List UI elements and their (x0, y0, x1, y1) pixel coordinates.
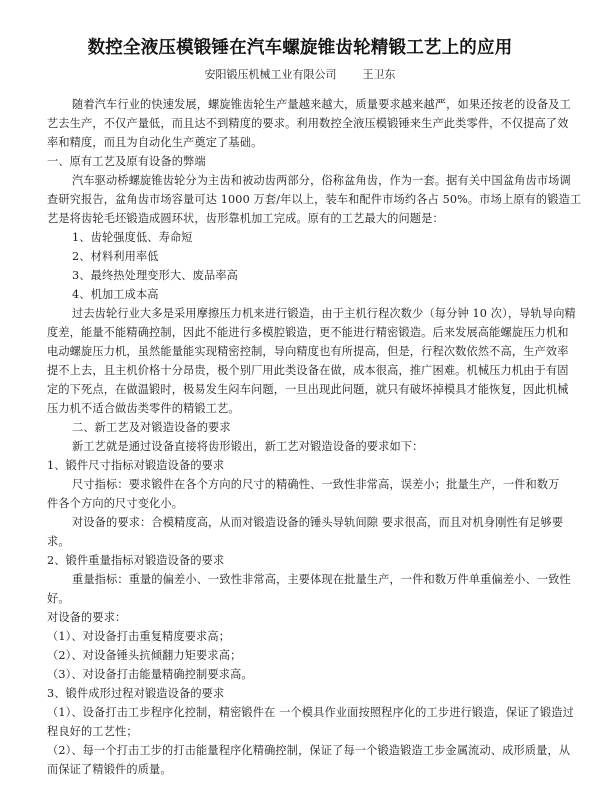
document-title: 数控全液压模锻锤在汽车螺旋锥齿轮精锻工艺上的应用 (0, 34, 600, 59)
paragraph-line: 尺寸指标：要求锻件在各个方向的尺寸的精确性、一致性非常高，误差小；批量生产，一件… (72, 478, 548, 492)
paragraph-line: 随着汽车行业的快速发展，螺旋锥齿轮生产量越来越大，质量要求越来越严，如果还按老的… (72, 98, 548, 112)
paragraph-line: 度差，能量不能精确控制，因此不能进行多模腔锻造，更不能进行精密锻造。后来发展高能… (47, 326, 548, 340)
paragraph-line: 艺去生产，不仅产量低，而且达不到精度的要求。利用数控全液压模锻锤来生产此类零件，… (47, 117, 548, 131)
paragraph-line: 提不上去，且主机价格十分昂贵，极个别厂用此类设备在做，成本很高，推广困难。机械压… (47, 364, 548, 378)
list-item: 3、最终热处理变形大、废品率高 (72, 269, 238, 283)
paragraph-line: 艺是将齿轮毛坯锻造成圆环状，齿形靠机加工完成。原有的工艺最大的问题是： (47, 212, 444, 226)
paragraph-line: 汽车驱动桥螺旋锥齿轮分为主齿和被动齿两部分，俗称盆角齿，作为一套。据有关中国盆角… (72, 174, 548, 188)
paragraph-line: 查研究报告，盆角齿市场容量可达 1000 万套/年以上，装车和配件市场约各占 5… (47, 193, 548, 207)
paragraph-line: 件各个方向的尺寸变化小。 (47, 497, 183, 511)
list-item: 1、齿轮强度低、寿命短 (72, 231, 193, 245)
paragraph-line: 对设备的要求： (47, 611, 126, 625)
paragraph-line: 电动螺旋压力机，虽然能量能实现精密控制，导向精度也有所提高，但是，行程次数依然不… (47, 345, 548, 359)
paragraph-line: 率和精度，而且为自动化生产奠定了基础。 (47, 136, 262, 150)
list-item: 4、机加工成本高 (72, 288, 159, 302)
paragraph-line: 定的下死点，在做温锻时，极易发生闷车问题，一旦出现此问题，就只有破坏掉模具才能恢… (47, 383, 548, 397)
paragraph-line: 求。 (47, 535, 70, 549)
section-heading: 一、原有工艺及原有设备的弊端 (47, 155, 206, 169)
subsection-heading: 2、锻件重量指标对锻造设备的要求 (47, 554, 224, 568)
list-item: （3）、对设备打击能量精确控制要求高。 (47, 668, 253, 682)
list-item: （1）、设备打击工步程序化控制，精密锻件在 一个模具作业面按照程序化的工步进行锻… (47, 706, 548, 720)
list-item: （1）、对设备打击重复精度要求高； (47, 630, 230, 644)
paragraph-line: 过去齿轮行业大多是采用摩擦压力机来进行锻造，由于主机行程次数少（每分钟 10 次… (72, 307, 548, 321)
organization: 安阳锻压机械工业有限公司 (205, 68, 337, 81)
paragraph-line: 新工艺就是通过设备直接将齿形锻出，新工艺对锻造设备的要求如下： (72, 440, 423, 454)
list-item: 2、材料利用率低 (72, 250, 159, 264)
document-page: 数控全液压模锻锤在汽车螺旋锥齿轮精锻工艺上的应用 安阳锻压机械工业有限公司王卫东… (0, 0, 600, 787)
paragraph-line: 程良好的工艺性； (47, 725, 138, 739)
paragraph-line: 而保证了精锻件的质量。 (47, 763, 172, 777)
subsection-heading: 3、锻件成形过程对锻造设备的要求 (47, 687, 224, 701)
paragraph-line: 好。 (47, 592, 70, 606)
byline: 安阳锻压机械工业有限公司王卫东 (0, 66, 600, 82)
subsection-heading: 1、锻件尺寸指标对锻造设备的要求 (47, 459, 224, 473)
list-item: （2）、每一个打击工步的打击能量程序化精确控制，保证了每一个锻造锻造工步金属流动… (47, 744, 548, 758)
list-item: （2）、对设备锤头抗倾翻力矩要求高； (47, 649, 241, 663)
section-heading: 二、新工艺及对锻造设备的要求 (72, 421, 231, 435)
paragraph-line: 重量指标：重量的偏差小、一致性非常高，主要体现在批量生产，一件和数万件单重偏差小… (72, 573, 548, 587)
paragraph-line: 压力机不适合做齿类零件的精锻工艺。 (47, 402, 240, 416)
paragraph-line: 对设备的要求：合模精度高，从而对锻造设备的锤头导轨间隙 要求很高，而且对机身刚性… (72, 516, 548, 530)
author: 王卫东 (363, 68, 396, 81)
